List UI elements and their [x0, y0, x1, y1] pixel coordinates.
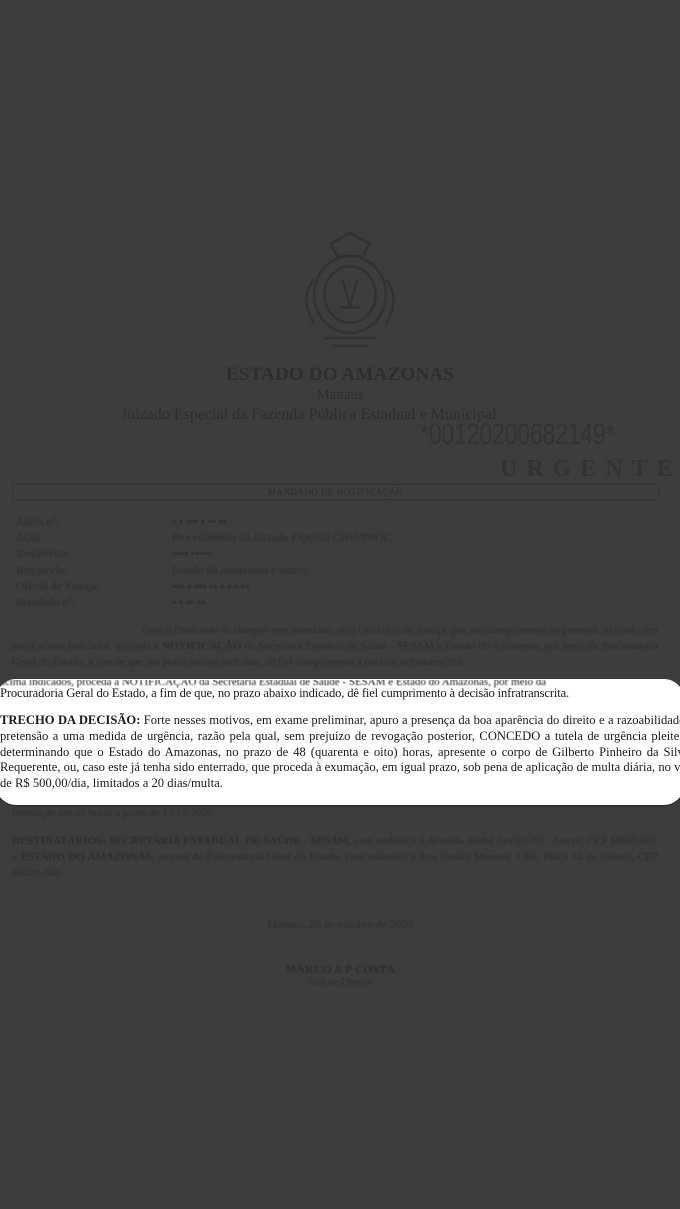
date-line: Manaus, 20 de outubro de 2020 — [0, 919, 680, 931]
case-fields: Autos nº:▪ ▪ ▪▪▪ ▪ ▪▪ ▪▪ Ação:Procedimen… — [16, 514, 391, 611]
excerpt-intro-line: Procuradoria Geral do Estado, a fim de q… — [0, 686, 569, 701]
deadline-note: Intimação em 48 horas a partir de 13/10/… — [12, 807, 213, 819]
signer-name: MARCO A P COSTA — [0, 962, 680, 977]
intro-paragraph: Com a finalidade de cumprir este mandado… — [12, 622, 658, 670]
field-row: Oficial de Justiça:▪▪▪ ▪ ▪▪▪ ▪▪ ▪ ▪ ▪ ▪▪ — [16, 579, 391, 595]
urgency-stamp: URGENTE — [500, 456, 680, 483]
barcode-number: *00120200682149* — [420, 418, 614, 452]
field-row: Mandado nº:▪ ▪ ▪▪ ▪▪ — [16, 595, 391, 611]
field-row: Ação:Procedimento do Juizado Especial Cí… — [16, 530, 391, 546]
recipients-paragraph: DESTINATÁRIOS: SECRETARIA ESTADUAL DE SA… — [12, 833, 658, 881]
coat-of-arms-seal — [286, 228, 414, 356]
highlighted-excerpt: acima indicados, proceda a NOTIFICAÇÃO d… — [0, 679, 680, 805]
document-title: MANDADO DE NOTIFICAÇÃO — [12, 484, 659, 500]
field-row: Requerente:▪▪▪▪ ▪▪▪▪▪ — [16, 546, 391, 562]
signer-role: Juiz de Direito — [0, 976, 680, 988]
field-row: Requerido:Estado do Amazonas e outros — [16, 563, 391, 579]
decision-excerpt: TRECHO DA DECISÃO: Forte nesses motivos,… — [0, 713, 680, 792]
excerpt-label: TRECHO DA DECISÃO: — [0, 713, 140, 727]
header-city: Manaus — [0, 387, 680, 404]
coat-of-arms-icon — [286, 228, 414, 356]
field-row: Autos nº:▪ ▪ ▪▪▪ ▪ ▪▪ ▪▪ — [16, 514, 391, 530]
header-state: ESTADO DO AMAZONAS — [0, 364, 680, 386]
